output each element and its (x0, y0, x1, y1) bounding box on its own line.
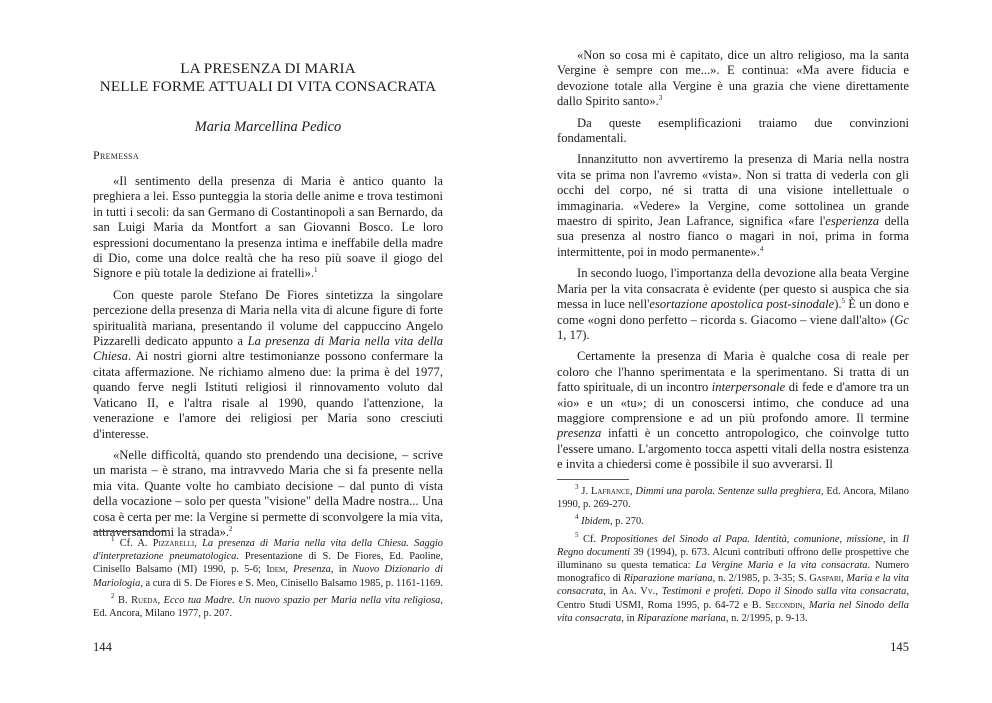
footnote: 4 Ibidem, p. 270. (557, 515, 909, 528)
footnote-divider (557, 479, 629, 480)
paragraph: «Nelle difficoltà, quando sto prendendo … (93, 448, 443, 540)
paragraph: «Il sentimento della presenza di Maria è… (93, 174, 443, 282)
left-footnotes: 1 Cf. A. Pizzarelli, La presenza di Mari… (93, 537, 443, 624)
footnote-ref: 4 (760, 245, 764, 253)
page-number: 145 (890, 640, 909, 655)
right-footnotes: 3 J. Lafrance, Dimmi una parola. Sentenz… (557, 485, 909, 629)
chapter-title-line-1: LA PRESENZA DI MARIA (93, 60, 443, 78)
chapter-title: LA PRESENZA DI MARIA NELLE FORME ATTUALI… (93, 60, 443, 96)
chapter-title-line-2: NELLE FORME ATTUALI DI VITA CONSACRATA (93, 78, 443, 96)
paragraph: In secondo luogo, l'importanza della dev… (557, 266, 909, 343)
paragraph: «Non so cosa mi è capitato, dice un altr… (557, 48, 909, 110)
page-number: 144 (93, 640, 112, 655)
paragraph: Certamente la presenza di Maria è qualch… (557, 349, 909, 472)
left-body-text: «Il sentimento della presenza di Maria è… (93, 174, 443, 546)
footnote: 5 Cf. Propositiones del Sinodo al Papa. … (557, 533, 909, 625)
section-heading: Premessa (93, 148, 139, 163)
footnote: 1 Cf. A. Pizzarelli, La presenza di Mari… (93, 537, 443, 590)
footnote: 3 J. Lafrance, Dimmi una parola. Sentenz… (557, 485, 909, 511)
footnote-ref: 3 (659, 94, 663, 102)
chapter-author: Maria Marcellina Pedico (93, 119, 443, 136)
paragraph: Con queste parole Stefano De Fiores sint… (93, 288, 443, 442)
paragraph: Da queste esemplificazioni traiamo due c… (557, 116, 909, 147)
footnote-divider (93, 531, 165, 532)
paragraph: Innanzitutto non avvertiremo la presenza… (557, 152, 909, 260)
right-body-text: «Non so cosa mi è capitato, dice un altr… (557, 48, 909, 479)
footnote-ref: 1 (314, 266, 318, 274)
footnote: 2 B. Rueda, Ecco tua Madre. Un nuovo spa… (93, 594, 443, 620)
footnote-ref: 2 (229, 525, 233, 533)
